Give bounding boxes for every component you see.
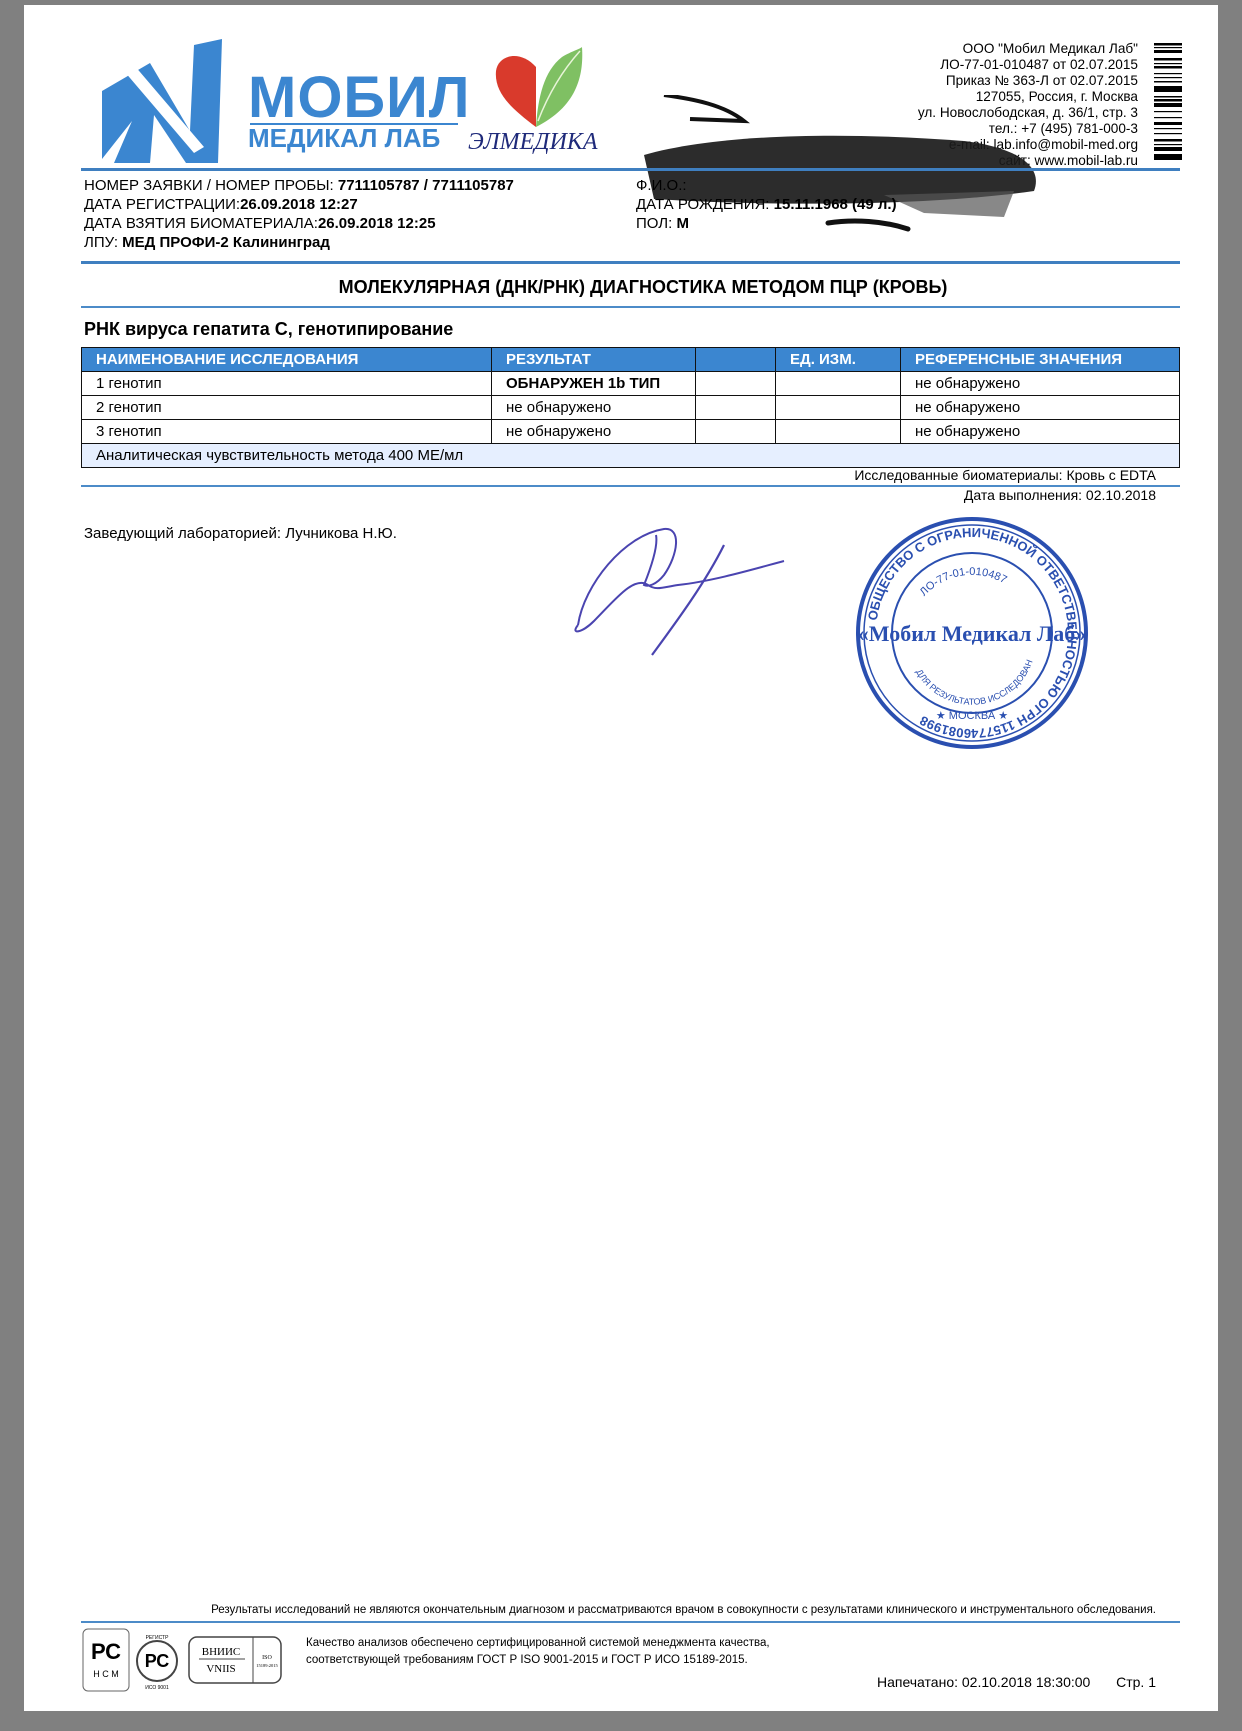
row-name: 3 генотип bbox=[82, 420, 492, 444]
printed-timestamp: Напечатано: 02.10.2018 18:30:00 bbox=[877, 1674, 1090, 1690]
lpu: ЛПУ: МЕД ПРОФИ-2 Калининград bbox=[84, 233, 514, 252]
section-title: МОЛЕКУЛЯРНАЯ (ДНК/РНК) ДИАГНОСТИКА МЕТОД… bbox=[84, 277, 1202, 298]
table-row: 3 генотип не обнаружено не обнаружено bbox=[82, 420, 1180, 444]
barcode-icon bbox=[1154, 41, 1182, 165]
row-reference: не обнаружено bbox=[901, 396, 1180, 420]
lab-report-page: МОБИЛ МЕДИКАЛ ЛАБ ЭЛМЕДИКА ООО "Мобил Ме… bbox=[24, 5, 1218, 1711]
row-flag bbox=[696, 420, 776, 444]
stamp-city: ★ МОСКВА ★ bbox=[936, 710, 1008, 722]
registration-date: ДАТА РЕГИСТРАЦИИ:26.09.2018 12:27 bbox=[84, 195, 514, 214]
svg-text:VNIIS: VNIIS bbox=[206, 1663, 235, 1675]
row-unit bbox=[776, 420, 901, 444]
test-title: РНК вируса гепатита С, генотипирование bbox=[84, 319, 453, 340]
order-info: НОМЕР ЗАЯВКИ / НОМЕР ПРОБЫ: 7711105787 /… bbox=[84, 176, 514, 252]
row-reference: не обнаружено bbox=[901, 420, 1180, 444]
table-footnote-row: Аналитическая чувствительность метода 40… bbox=[82, 444, 1180, 468]
col-flag bbox=[696, 348, 776, 372]
row-name: 1 генотип bbox=[82, 372, 492, 396]
org-name: ООО "Мобил Медикал Лаб" bbox=[918, 41, 1138, 57]
svg-text:ИСО 9001: ИСО 9001 bbox=[145, 1685, 169, 1691]
footer-divider bbox=[81, 1621, 1180, 1623]
cert-rst-icon: РС bbox=[91, 1639, 121, 1664]
col-reference: РЕФЕРЕНСНЫЕ ЗНАЧЕНИЯ bbox=[901, 348, 1180, 372]
logo-word: МОБИЛ bbox=[248, 69, 471, 127]
col-result: РЕЗУЛЬТАТ bbox=[492, 348, 696, 372]
cert-register-icon: РС bbox=[145, 1651, 170, 1671]
row-unit bbox=[776, 396, 901, 420]
col-unit: ЕД. ИЗМ. bbox=[776, 348, 901, 372]
table-row: 1 генотип ОБНАРУЖЕН 1b ТИП не обнаружено bbox=[82, 372, 1180, 396]
underline-mark bbox=[824, 215, 914, 235]
biomaterial-note: Исследованные биоматериалы: Кровь с EDTA bbox=[854, 467, 1156, 483]
lab-head: Заведующий лабораторией: Лучникова Н.Ю. bbox=[84, 525, 397, 542]
sample-date: ДАТА ВЗЯТИЯ БИОМАТЕРИАЛА:26.09.2018 12:2… bbox=[84, 214, 514, 233]
info-divider bbox=[81, 261, 1180, 264]
svg-text:РЕГИСТР: РЕГИСТР bbox=[146, 1635, 169, 1641]
row-flag bbox=[696, 372, 776, 396]
print-info: Напечатано: 02.10.2018 18:30:00 Стр. 1 bbox=[877, 1674, 1156, 1690]
mobil-logo-mark-icon bbox=[94, 35, 244, 163]
row-name: 2 генотип bbox=[82, 396, 492, 420]
header-divider bbox=[81, 168, 1180, 171]
row-result: не обнаружено bbox=[492, 396, 696, 420]
heart-leaf-icon bbox=[492, 47, 584, 129]
table-header: НАИМЕНОВАНИЕ ИССЛЕДОВАНИЯ РЕЗУЛЬТАТ ЕД. … bbox=[82, 348, 1180, 372]
stamp-center: «Мобил Медикал Лаб» bbox=[858, 621, 1087, 646]
org-license: ЛО-77-01-010487 от 02.07.2015 bbox=[918, 57, 1138, 73]
partner-logo-text: ЭЛМЕДИКА bbox=[468, 129, 598, 156]
stamp-license: ЛО-77-01-010487 bbox=[918, 566, 1009, 599]
sensitivity-note: Аналитическая чувствительность метода 40… bbox=[82, 444, 1180, 468]
title-divider bbox=[81, 306, 1180, 308]
page-number: Стр. 1 bbox=[1116, 1674, 1156, 1690]
svg-text:15189:2015: 15189:2015 bbox=[256, 1663, 278, 1668]
col-test-name: НАИМЕНОВАНИЕ ИССЛЕДОВАНИЯ bbox=[82, 348, 492, 372]
logo-subtitle: МЕДИКАЛ ЛАБ bbox=[248, 125, 440, 151]
svg-text:ЛО-77-01-010487: ЛО-77-01-010487 bbox=[918, 566, 1009, 599]
row-unit bbox=[776, 372, 901, 396]
row-reference: не обнаружено bbox=[901, 372, 1180, 396]
org-order: Приказ № 363-Л от 02.07.2015 bbox=[918, 73, 1138, 89]
results-table: НАИМЕНОВАНИЕ ИССЛЕДОВАНИЯ РЕЗУЛЬТАТ ЕД. … bbox=[81, 347, 1180, 468]
quality-line-2: соответствующей требованиям ГОСТ Р ISO 9… bbox=[306, 1652, 770, 1669]
table-row: 2 генотип не обнаружено не обнаружено bbox=[82, 396, 1180, 420]
quality-line-1: Качество анализов обеспечено сертифициро… bbox=[306, 1635, 770, 1652]
patient-dob: ДАТА РОЖДЕНИЯ: 15.11.1968 (49 л.) bbox=[636, 195, 897, 214]
official-stamp: ОБЩЕСТВО С ОГРАНИЧЕННОЙ ОТВЕТСТВЕННОСТЬЮ… bbox=[852, 513, 1092, 753]
row-result: ОБНАРУЖЕН 1b ТИП bbox=[492, 372, 696, 396]
completion-date: Дата выполнения: 02.10.2018 bbox=[964, 487, 1156, 503]
row-result: не обнаружено bbox=[492, 420, 696, 444]
cert-vniis-icon: ВНИИС bbox=[202, 1646, 241, 1658]
signature bbox=[564, 505, 804, 665]
patient-name: Ф.И.О.: bbox=[636, 176, 897, 195]
order-number: НОМЕР ЗАЯВКИ / НОМЕР ПРОБЫ: 7711105787 /… bbox=[84, 176, 514, 195]
disclaimer: Результаты исследований не являются окон… bbox=[211, 1604, 1156, 1616]
row-flag bbox=[696, 396, 776, 420]
certification-logos: РС Н С М РС РЕГИСТР ИСО 9001 ВНИИС VNIIS… bbox=[81, 1627, 321, 1695]
svg-text:ISO: ISO bbox=[262, 1655, 272, 1661]
quality-statement: Качество анализов обеспечено сертифициро… bbox=[306, 1635, 770, 1669]
svg-text:Н С М: Н С М bbox=[93, 1669, 119, 1679]
